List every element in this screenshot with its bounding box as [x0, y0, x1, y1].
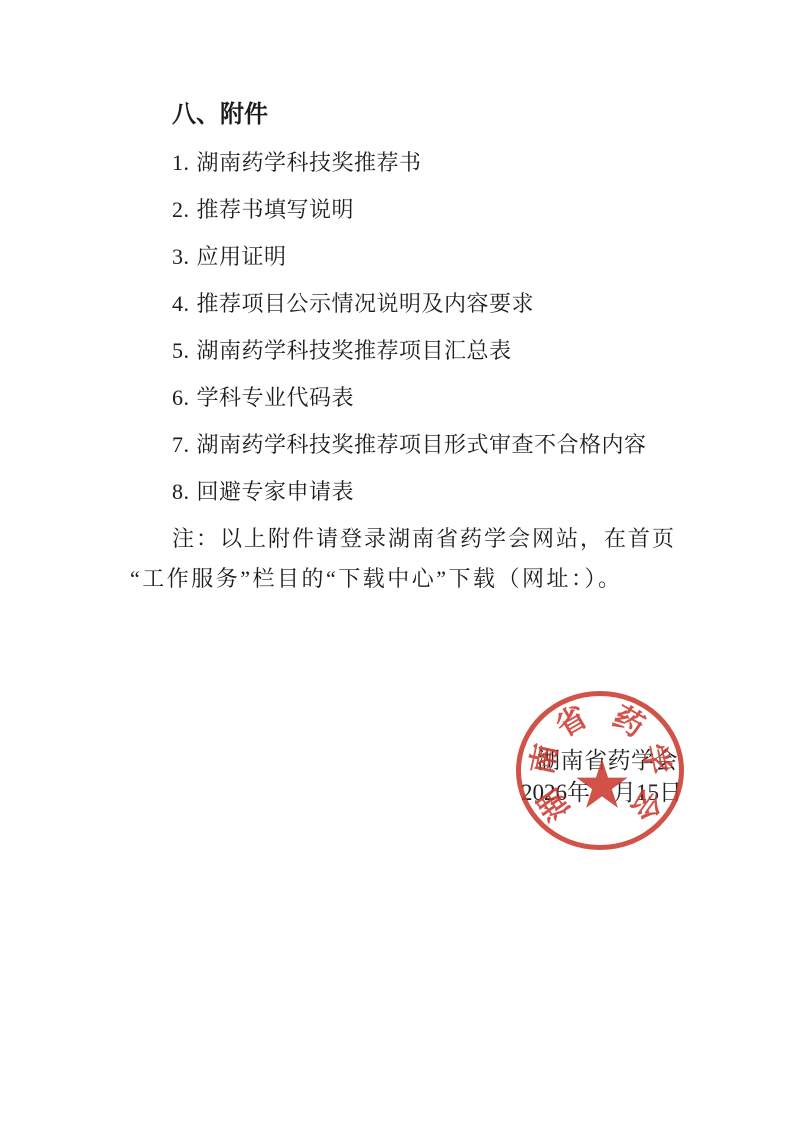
note-line-2: “工作服务”栏目的“下载中心”下载（网址：）。	[130, 559, 700, 599]
item-text: 学科专业代码表	[197, 385, 355, 410]
item-number: 2.	[172, 197, 190, 222]
item-number: 1.	[172, 150, 190, 175]
seal-ring-char: 南	[527, 741, 563, 777]
attachment-item-1: 1.湖南药学科技奖推荐书	[130, 139, 700, 186]
star-icon	[573, 759, 631, 813]
item-text: 湖南药学科技奖推荐项目汇总表	[197, 338, 512, 363]
item-number: 7.	[172, 432, 190, 457]
item-text: 湖南药学科技奖推荐书	[197, 150, 422, 175]
seal-ring-char: 学	[637, 741, 673, 777]
attachment-item-5: 5.湖南药学科技奖推荐项目汇总表	[130, 327, 700, 374]
attachment-item-7: 7.湖南药学科技奖推荐项目形式审查不合格内容	[130, 421, 700, 468]
item-text: 推荐书填写说明	[197, 197, 355, 222]
document-body: 八、附件 1.湖南药学科技奖推荐书 2.推荐书填写说明 3.应用证明 4.推荐项…	[0, 0, 800, 599]
item-text: 推荐项目公示情况说明及内容要求	[197, 291, 535, 316]
seal-ring-char: 药	[608, 702, 649, 743]
attachment-item-6: 6.学科专业代码表	[130, 374, 700, 421]
item-number: 8.	[172, 479, 190, 504]
item-number: 3.	[172, 244, 190, 269]
note-line-1: 注：以上附件请登录湖南省药学会网站，在首页	[130, 519, 700, 559]
attachment-item-4: 4.推荐项目公示情况说明及内容要求	[130, 280, 700, 327]
document-page: 八、附件 1.湖南药学科技奖推荐书 2.推荐书填写说明 3.应用证明 4.推荐项…	[0, 0, 800, 1131]
attachment-item-8: 8.回避专家申请表	[130, 468, 700, 515]
item-number: 6.	[172, 385, 190, 410]
official-seal: 湖 南 省 药 学 会	[516, 691, 684, 850]
attachment-item-2: 2.推荐书填写说明	[130, 186, 700, 233]
item-text: 应用证明	[197, 244, 287, 269]
item-number: 5.	[172, 338, 190, 363]
attachment-item-3: 3.应用证明	[130, 233, 700, 280]
section-heading: 八、附件	[130, 92, 700, 139]
item-text: 湖南药学科技奖推荐项目形式审查不合格内容	[197, 432, 647, 457]
item-text: 回避专家申请表	[197, 479, 355, 504]
seal-ring-char: 湖	[534, 782, 576, 824]
item-number: 4.	[172, 291, 190, 316]
seal-ring-char: 省	[552, 702, 593, 743]
